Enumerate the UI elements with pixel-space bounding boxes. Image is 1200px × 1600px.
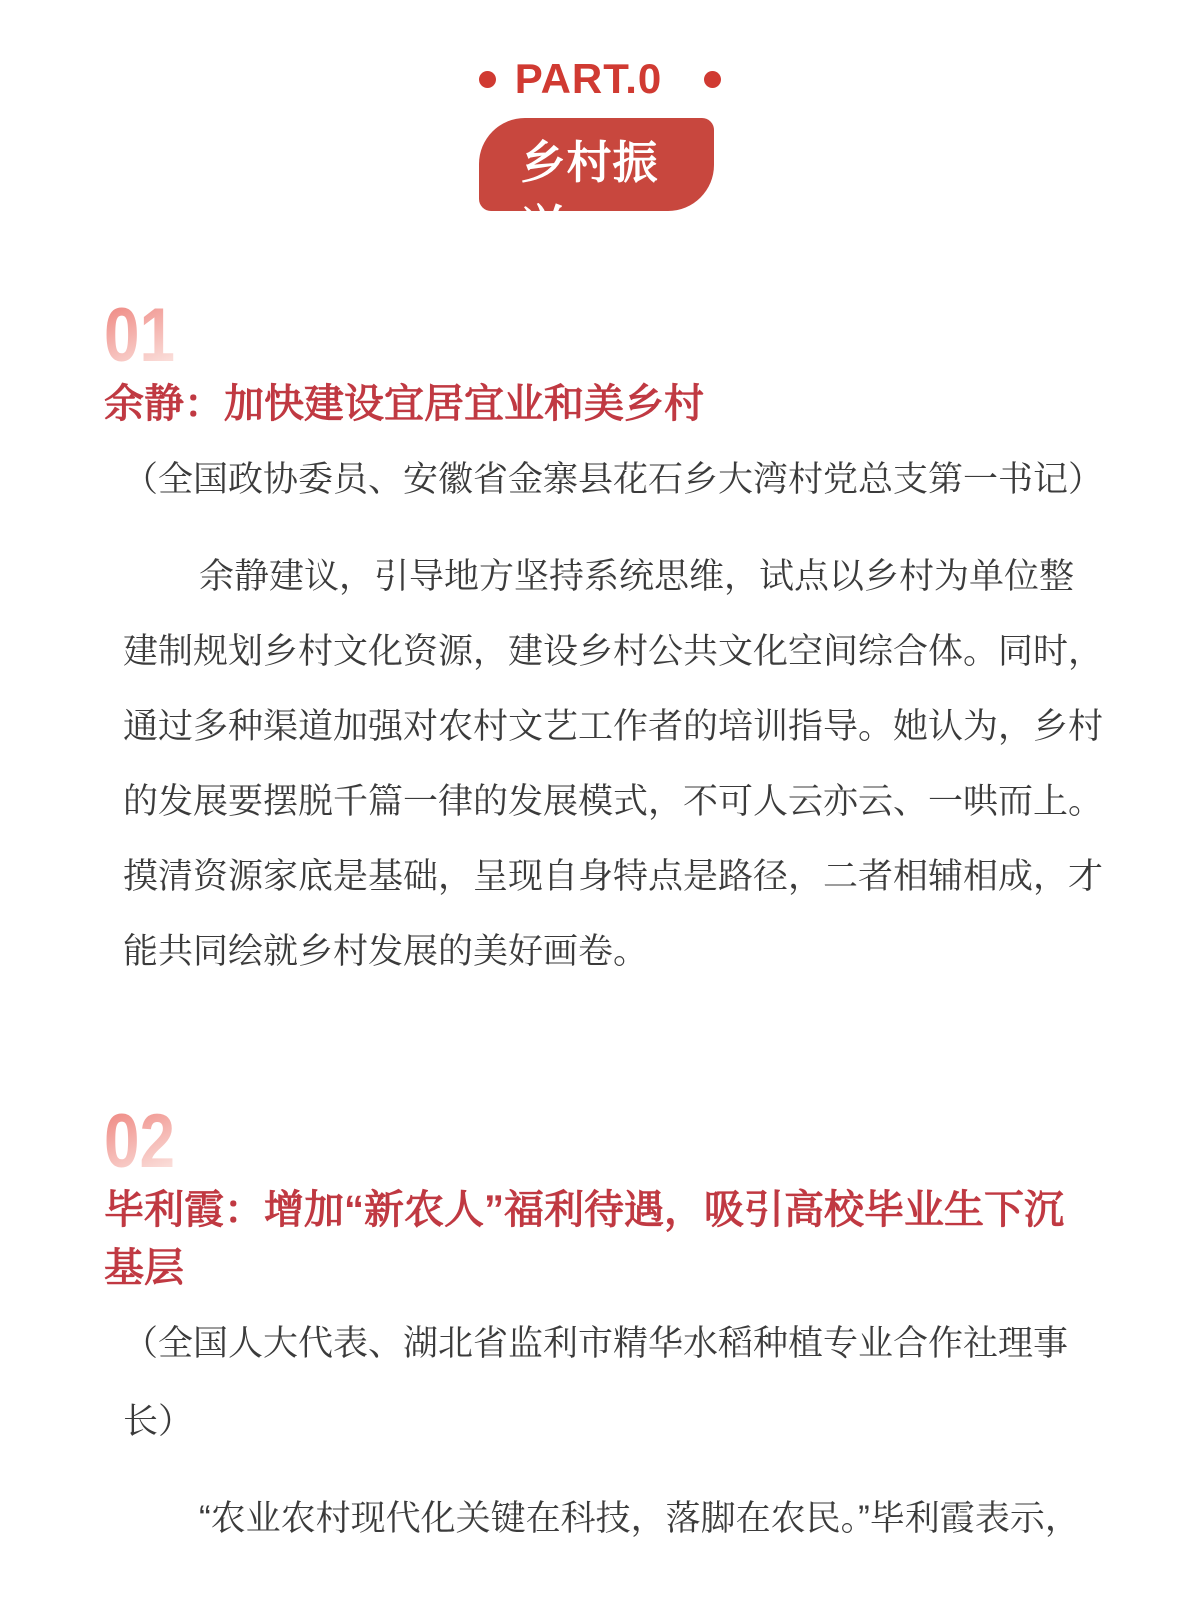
section-number: 01 bbox=[104, 299, 175, 373]
section-subtitle: （全国人大代表、湖北省监利市精华水稻种植专业合作社理事长） bbox=[123, 1305, 1112, 1461]
dot-icon bbox=[479, 71, 496, 88]
article-section-02: 02 毕利霞：增加“新农人”福利待遇，吸引高校毕业生下沉基层 （全国人大代表、湖… bbox=[104, 1105, 1200, 1556]
section-title: 毕利霞：增加“新农人”福利待遇，吸引高校毕业生下沉基层 bbox=[104, 1181, 1089, 1297]
dot-icon bbox=[704, 71, 721, 88]
article-content: 01 余静：加快建设宜居宜业和美乡村 （全国政协委员、安徽省金寨县花石乡大湾村党… bbox=[0, 299, 1200, 1556]
badge-text-line1: 乡村振 bbox=[521, 132, 714, 194]
article-header: PART.0 乡村振 兴 bbox=[0, 0, 1200, 211]
article-page: PART.0 乡村振 兴 01 余静：加快建设宜居宜业和美乡村 （全国政协委员、… bbox=[0, 0, 1200, 1556]
badge-text-line2: 兴 bbox=[521, 194, 714, 211]
section-number: 02 bbox=[104, 1105, 175, 1179]
topic-badge: 乡村振 兴 bbox=[479, 118, 714, 211]
section-title: 余静：加快建设宜居宜业和美乡村 bbox=[104, 375, 1089, 433]
section-paragraph: “农业农村现代化关键在科技，落脚在农民。”毕利霞表示， bbox=[123, 1481, 1107, 1556]
section-subtitle: （全国政协委员、安徽省金寨县花石乡大湾村党总支第一书记） bbox=[123, 441, 1112, 519]
article-section-01: 01 余静：加快建设宜居宜业和美乡村 （全国政协委员、安徽省金寨县花石乡大湾村党… bbox=[104, 299, 1200, 989]
part-label: PART.0 bbox=[515, 56, 663, 102]
part-divider: PART.0 bbox=[479, 56, 722, 102]
section-paragraph: 余静建议，引导地方坚持系统思维，试点以乡村为单位整建制规划乡村文化资源，建设乡村… bbox=[123, 539, 1107, 989]
